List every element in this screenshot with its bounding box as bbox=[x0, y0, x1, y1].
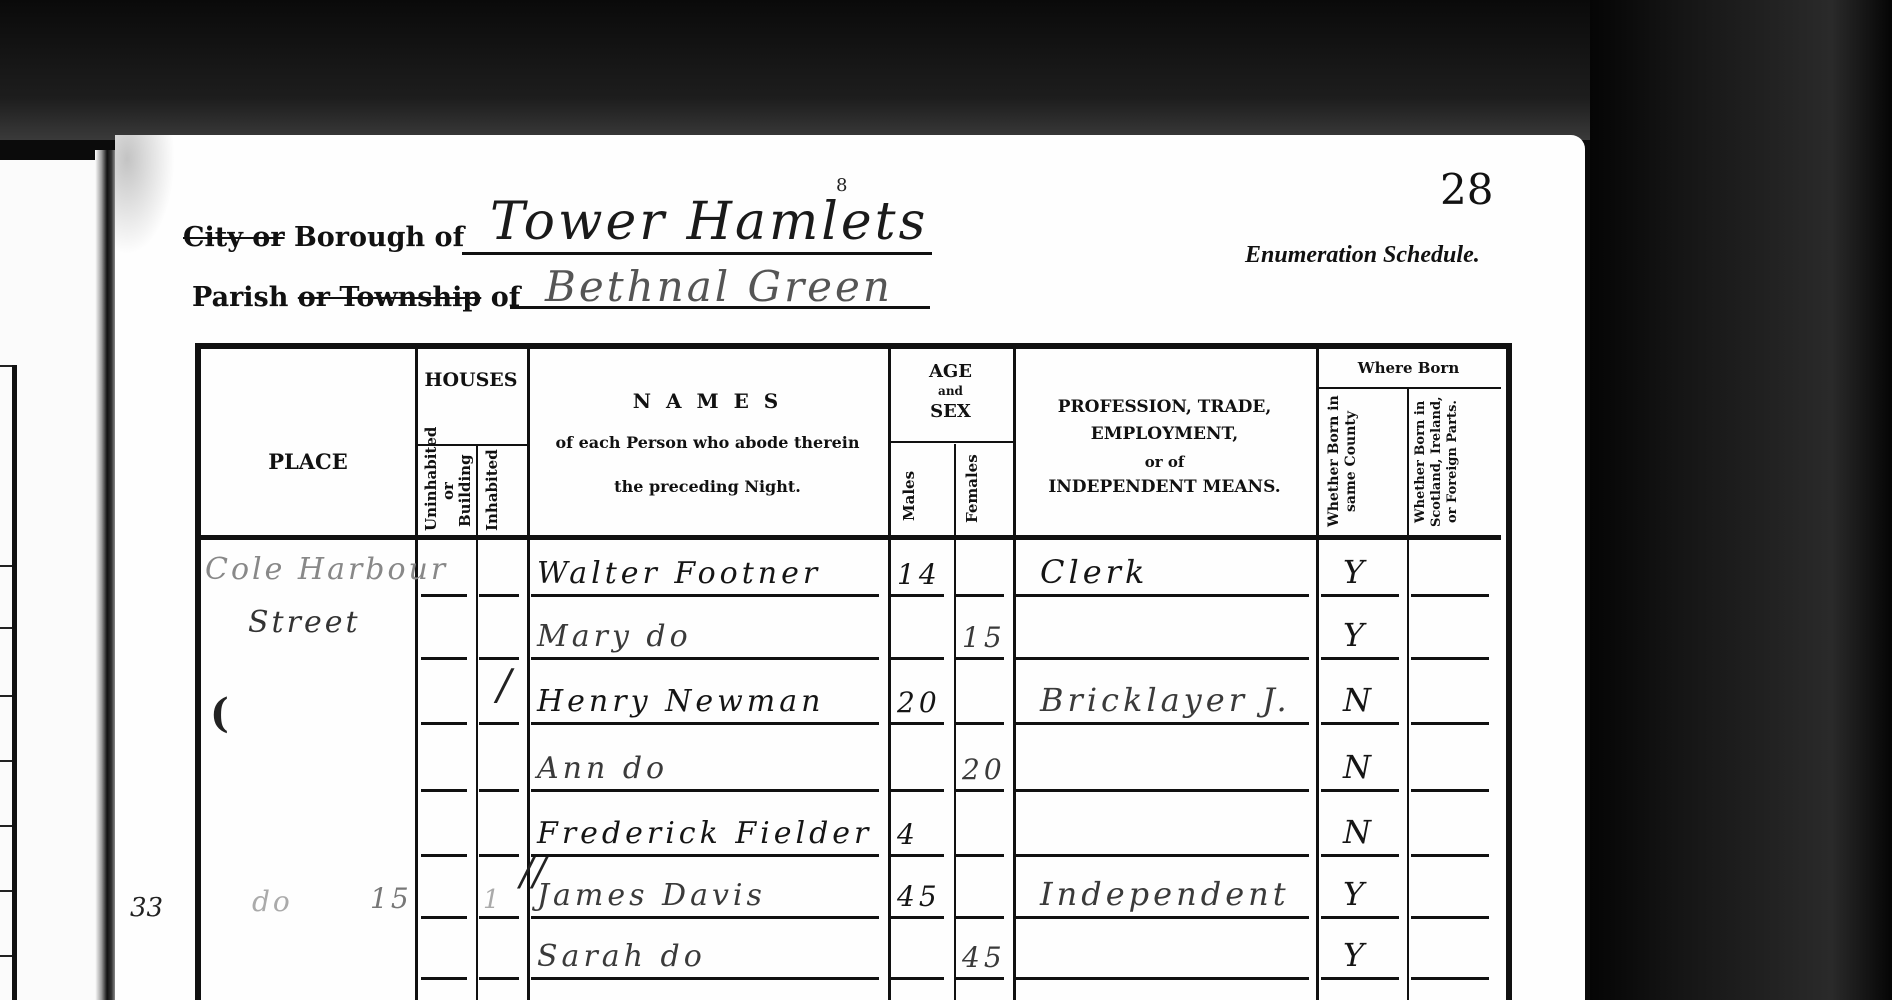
profession: Bricklayer J. bbox=[1040, 663, 1315, 719]
row-rule bbox=[956, 977, 1004, 980]
born-same-county: Y bbox=[1343, 535, 1405, 591]
age-male: 45 bbox=[897, 857, 950, 913]
header-names-sub2: the preceding Night. bbox=[527, 477, 888, 496]
place-street-name: Cole Harbour bbox=[205, 552, 448, 587]
row-rule bbox=[1321, 594, 1399, 597]
borough-label-struck: City or bbox=[183, 222, 285, 253]
row-rule bbox=[421, 977, 467, 980]
row-rule bbox=[531, 722, 879, 725]
header-names-sub1: of each Person who abode therein bbox=[527, 433, 888, 452]
margin-bracket: ( bbox=[210, 690, 229, 737]
header-scotland: Whether Born in Scotland, Ireland, or Fo… bbox=[1413, 394, 1495, 529]
dark-background-right bbox=[1590, 0, 1892, 1000]
row-rule bbox=[1411, 657, 1489, 660]
header-age: AGE bbox=[888, 361, 1013, 382]
row-rule bbox=[531, 977, 879, 980]
born-same-county: Y bbox=[1343, 857, 1405, 913]
row-rule bbox=[1411, 722, 1489, 725]
header-profession-4: INDEPENDENT MEANS. bbox=[1013, 477, 1316, 497]
born-same-county: N bbox=[1343, 730, 1405, 786]
row-rule bbox=[479, 789, 519, 792]
header-where-born: Where Born bbox=[1316, 359, 1501, 377]
row-rule bbox=[479, 977, 519, 980]
col-divider bbox=[476, 446, 478, 1000]
born-scotland-ireland-foreign bbox=[1415, 663, 1495, 719]
profession bbox=[1040, 598, 1315, 654]
row-rule bbox=[1321, 722, 1399, 725]
age-male-text: 45 bbox=[897, 880, 941, 913]
col-divider bbox=[1013, 349, 1016, 1000]
col-divider bbox=[888, 349, 891, 1000]
row-rule bbox=[1411, 977, 1489, 980]
age-female bbox=[962, 857, 1010, 913]
age-female: 20 bbox=[962, 730, 1010, 786]
row-rule bbox=[421, 854, 467, 857]
row-rule bbox=[1321, 977, 1399, 980]
row-rule bbox=[891, 977, 944, 980]
born-scotland-ireland-foreign bbox=[1415, 598, 1495, 654]
header-profession-3: or of bbox=[1013, 453, 1316, 471]
age-male bbox=[897, 918, 950, 974]
profession bbox=[1040, 795, 1315, 851]
row-rule bbox=[421, 916, 467, 919]
born-same-county-text: N bbox=[1343, 681, 1375, 719]
born-same-county-text: Y bbox=[1343, 875, 1368, 913]
person-name-text: Frederick Fielder bbox=[537, 816, 872, 851]
age-male-text: 4 bbox=[897, 818, 919, 851]
profession-text: Independent bbox=[1040, 875, 1290, 913]
row-rule bbox=[1016, 977, 1309, 980]
row-rule bbox=[891, 657, 944, 660]
where-born-subline bbox=[1316, 387, 1501, 389]
header-sex: SEX bbox=[888, 401, 1013, 422]
person-name-text: Walter Footner bbox=[537, 556, 821, 591]
profession: Clerk bbox=[1040, 535, 1315, 591]
header-profession-1: PROFESSION, TRADE, bbox=[1013, 397, 1316, 417]
row-rule bbox=[1321, 789, 1399, 792]
profession bbox=[1040, 730, 1315, 786]
age-male bbox=[897, 730, 950, 786]
book-binding bbox=[95, 150, 117, 1000]
age-subline bbox=[888, 441, 1013, 443]
row-rule bbox=[956, 789, 1004, 792]
born-scotland-ireland-foreign bbox=[1415, 857, 1495, 913]
person-name-text: Henry Newman bbox=[537, 684, 824, 719]
borough-label: City or Borough of bbox=[183, 222, 464, 253]
person-name: Mary do bbox=[537, 598, 885, 654]
row-rule bbox=[421, 789, 467, 792]
age-female bbox=[962, 535, 1010, 591]
born-same-county: Y bbox=[1343, 598, 1405, 654]
age-male: 20 bbox=[897, 663, 950, 719]
row-rule bbox=[531, 789, 879, 792]
house-separator-double-mark: // bbox=[520, 850, 546, 894]
row-rule bbox=[1016, 657, 1309, 660]
age-female-text: 45 bbox=[962, 941, 1006, 974]
age-female: 45 bbox=[962, 918, 1010, 974]
person-name-text: Ann do bbox=[537, 751, 668, 786]
facing-page-grid bbox=[0, 365, 17, 1000]
row-rule bbox=[479, 722, 519, 725]
header-females: Females bbox=[964, 449, 1004, 529]
header-inhabited: Inhabited bbox=[484, 451, 522, 531]
age-male: 4 bbox=[897, 795, 950, 851]
born-same-county-text: Y bbox=[1343, 936, 1368, 974]
borough-label-text: Borough of bbox=[294, 222, 464, 253]
row-rule bbox=[421, 657, 467, 660]
row-rule bbox=[1016, 789, 1309, 792]
born-same-county-text: Y bbox=[1343, 553, 1368, 591]
row-rule bbox=[891, 722, 944, 725]
row-rule bbox=[891, 594, 944, 597]
parish-label-struck: or Township bbox=[298, 282, 481, 313]
person-name-text: Sarah do bbox=[537, 939, 706, 974]
person-name-text: Mary do bbox=[537, 619, 692, 654]
born-same-county: Y bbox=[1343, 918, 1405, 974]
person-name: James Davis bbox=[537, 857, 885, 913]
row-rule bbox=[1411, 594, 1489, 597]
row-rule bbox=[1411, 789, 1489, 792]
house-separator-mark: / bbox=[497, 660, 511, 709]
age-female bbox=[962, 795, 1010, 851]
borough-underline bbox=[462, 252, 932, 255]
parish-value: Bethnal Green bbox=[545, 262, 893, 311]
row-rule bbox=[1016, 722, 1309, 725]
header-uninhabited: Uninhabited or Building bbox=[423, 451, 471, 531]
born-scotland-ireland-foreign bbox=[1415, 795, 1495, 851]
born-same-county-text: N bbox=[1343, 813, 1375, 851]
parish-label: Parish or Township of bbox=[192, 282, 520, 313]
inhabited-count: 1 bbox=[483, 885, 503, 915]
schedule-title: Enumeration Schedule. bbox=[1245, 242, 1480, 269]
person-name: Ann do bbox=[537, 730, 885, 786]
place-house-number: 15 bbox=[370, 882, 412, 915]
header-profession-2: EMPLOYMENT, bbox=[1013, 424, 1316, 444]
place-ditto: do bbox=[252, 885, 293, 918]
age-female-text: 15 bbox=[962, 621, 1006, 654]
age-male bbox=[897, 598, 950, 654]
profession-text: Bricklayer J. bbox=[1040, 681, 1291, 719]
age-male-text: 14 bbox=[897, 558, 941, 591]
age-male: 14 bbox=[897, 535, 950, 591]
age-female bbox=[962, 663, 1010, 719]
row-rule bbox=[891, 789, 944, 792]
born-scotland-ireland-foreign bbox=[1415, 730, 1495, 786]
age-male-text: 20 bbox=[897, 686, 941, 719]
born-same-county: N bbox=[1343, 795, 1405, 851]
row-rule bbox=[479, 594, 519, 597]
row-rule bbox=[956, 594, 1004, 597]
profession-text: Clerk bbox=[1040, 553, 1148, 591]
row-rule bbox=[421, 722, 467, 725]
row-rule bbox=[1321, 657, 1399, 660]
sheet-number: 28 bbox=[1440, 165, 1493, 214]
profession bbox=[1040, 918, 1315, 974]
born-scotland-ireland-foreign bbox=[1415, 535, 1495, 591]
header-age-and: and bbox=[888, 384, 1013, 398]
born-scotland-ireland-foreign bbox=[1415, 918, 1495, 974]
born-same-county-text: N bbox=[1343, 748, 1375, 786]
row-rule bbox=[956, 657, 1004, 660]
person-name: Frederick Fielder bbox=[537, 795, 885, 851]
age-female: 15 bbox=[962, 598, 1010, 654]
person-name: Sarah do bbox=[537, 918, 885, 974]
header-males: Males bbox=[901, 461, 941, 531]
col-divider bbox=[1316, 349, 1319, 1000]
row-rule bbox=[421, 594, 467, 597]
col-divider bbox=[1407, 389, 1409, 1000]
header-place: PLACE bbox=[201, 449, 415, 474]
row-rule bbox=[531, 594, 879, 597]
row-rule bbox=[479, 854, 519, 857]
borough-value: Tower Hamlets bbox=[490, 192, 928, 252]
place-street-suffix: Street bbox=[248, 605, 361, 640]
person-name: Walter Footner bbox=[537, 535, 885, 591]
row-rule bbox=[531, 657, 879, 660]
person-name: Henry Newman bbox=[537, 663, 885, 719]
born-same-county-text: Y bbox=[1343, 616, 1368, 654]
col-divider bbox=[415, 349, 418, 1000]
parish-label-text: Parish bbox=[192, 282, 288, 313]
header-houses: HOUSES bbox=[415, 369, 527, 391]
header-same-county: Whether Born in same County bbox=[1326, 394, 1396, 529]
row-rule bbox=[479, 916, 519, 919]
person-name-text: James Davis bbox=[537, 878, 766, 913]
age-female-text: 20 bbox=[962, 753, 1006, 786]
header-names: N A M E S bbox=[527, 389, 888, 413]
margin-number: 33 bbox=[130, 893, 163, 923]
row-rule bbox=[956, 722, 1004, 725]
page-stain bbox=[115, 135, 175, 255]
born-same-county: N bbox=[1343, 663, 1405, 719]
profession: Independent bbox=[1040, 857, 1315, 913]
row-rule bbox=[1016, 594, 1309, 597]
facing-page-fragment bbox=[0, 160, 96, 1000]
